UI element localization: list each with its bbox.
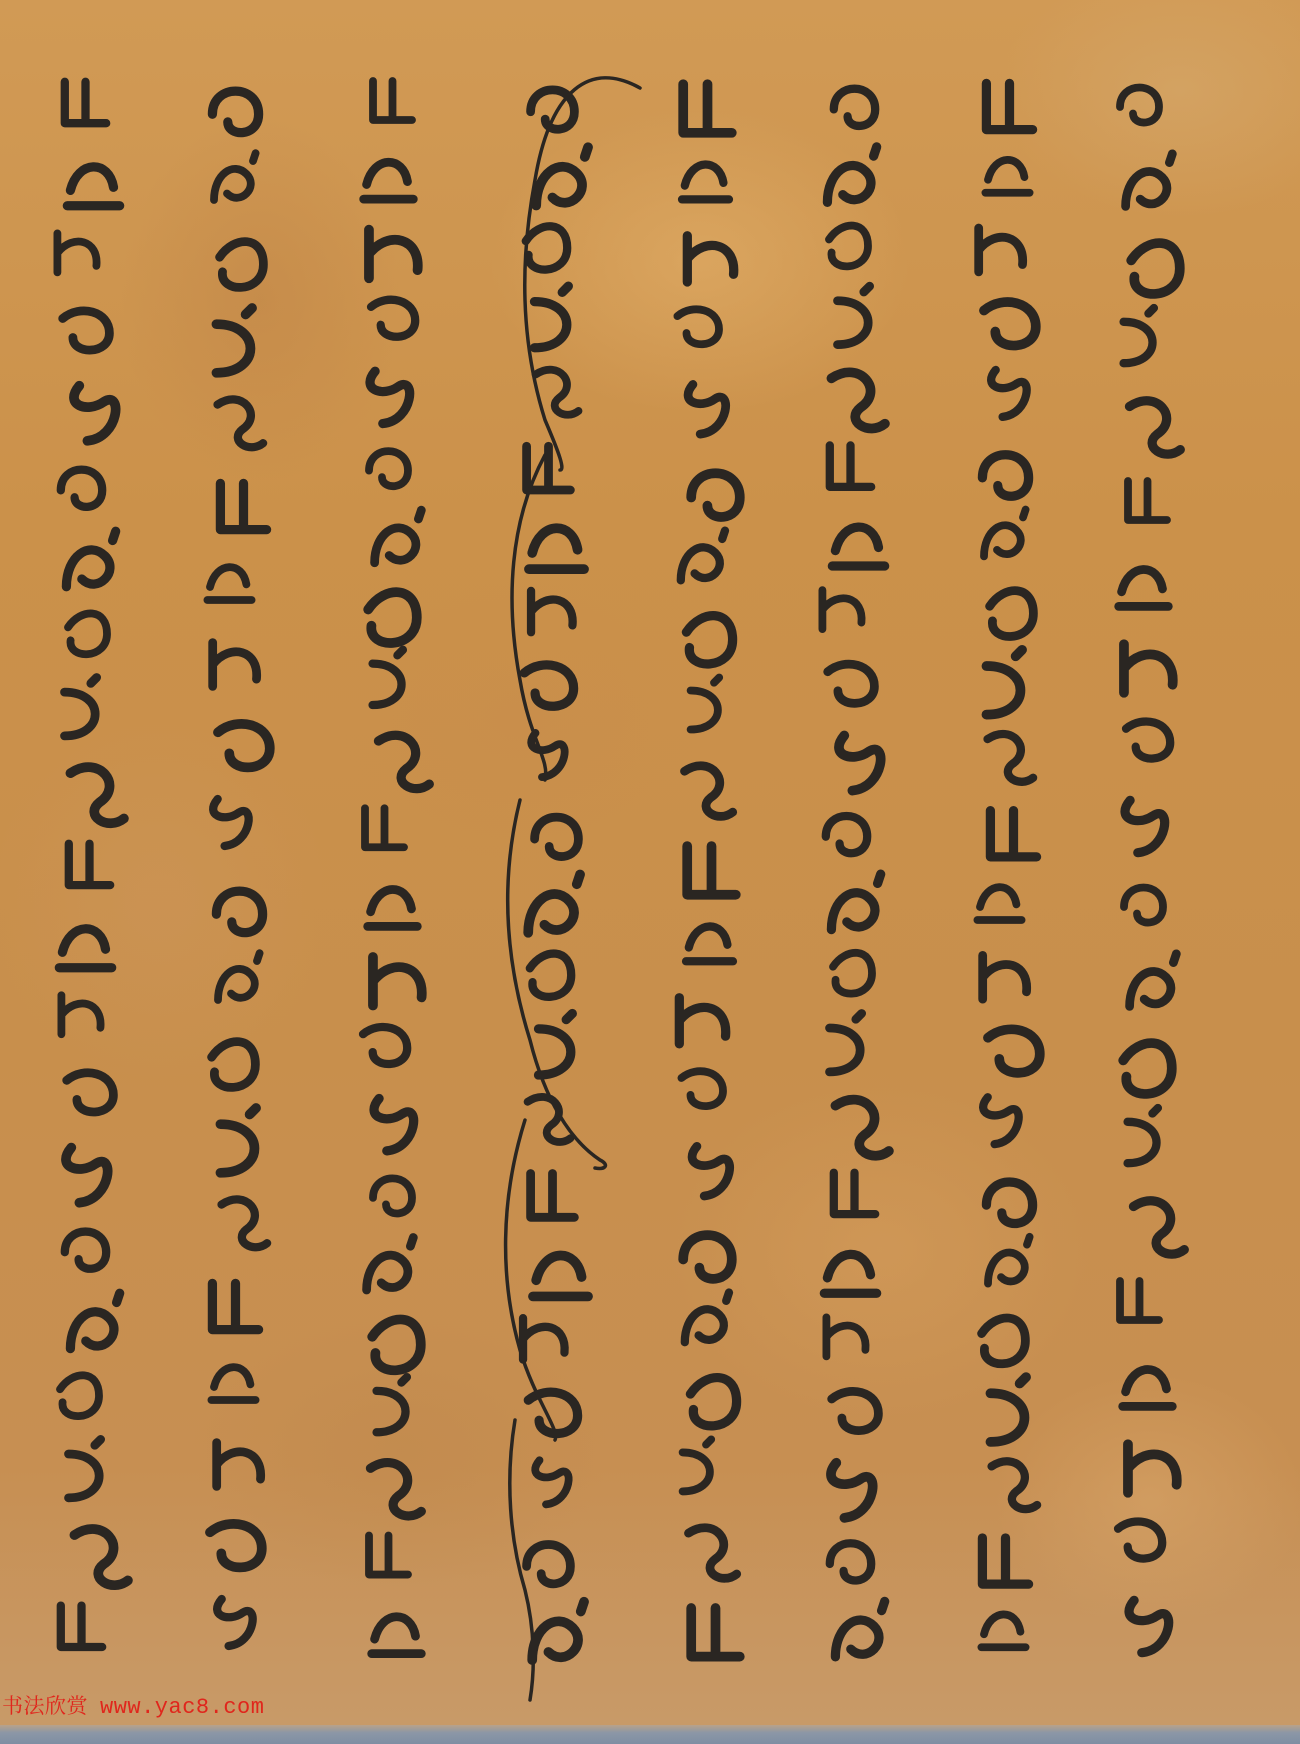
script-column-3 (800, 60, 890, 1700)
script-column-5 (500, 60, 590, 1700)
script-column-4 (655, 60, 745, 1700)
script-column-1 (1095, 60, 1185, 1700)
watermark: 书法欣赏www.yac8.com (2, 1690, 264, 1720)
scan-edge-strip (0, 1725, 1300, 1744)
script-column-8 (35, 60, 125, 1700)
script-column-2 (955, 60, 1045, 1700)
script-column-7 (185, 60, 275, 1700)
script-column-6 (340, 60, 430, 1700)
watermark-url: www.yac8.com (100, 1695, 264, 1720)
watermark-label: 书法欣赏 (2, 1694, 88, 1718)
